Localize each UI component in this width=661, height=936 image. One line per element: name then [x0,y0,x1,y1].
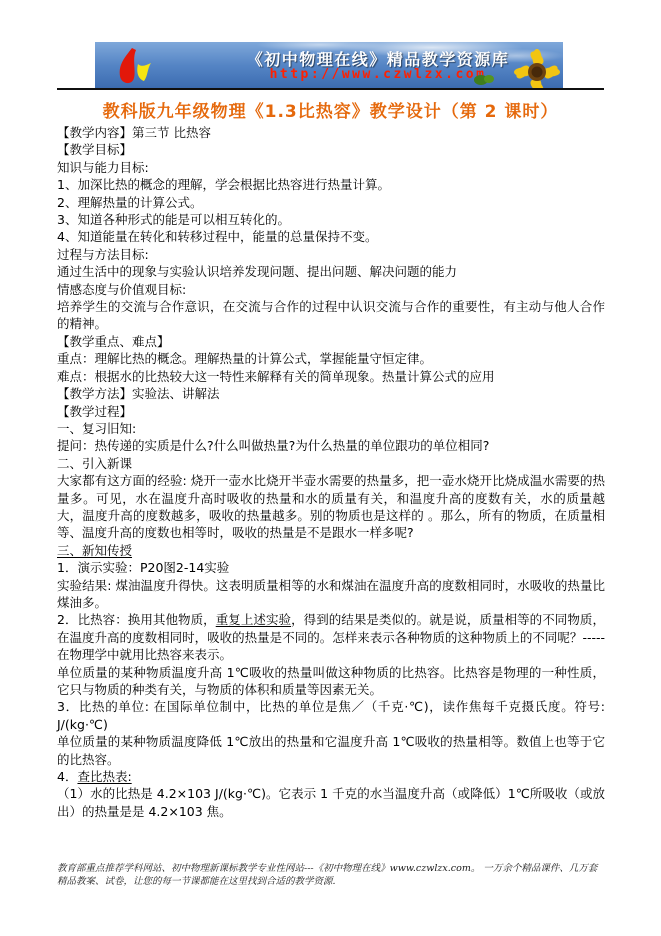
text-run: 3．比热的单位: 在国际单位制中，比热的单位是焦／（千克·℃)，读作焦每千克摄氏… [57,699,605,731]
text-run: 过程与方法目标: [57,247,149,262]
text-run: 1、加深比热的概念的理解，学会根据比热容进行热量计算。 [57,177,390,192]
text-run: 【教学重点、难点】 [57,334,170,349]
paragraph: （1）水的比热是 4.2×103 J/(kg·℃)。它表示 1 千克的水当温度升… [57,785,605,820]
paragraph: 三、新知传授 [57,542,605,559]
text-run: 培养学生的交流与合作意识，在交流与合作的过程中认识交流与合作的重要性，有主动与他… [57,299,605,331]
paragraph: 单位质量的某种物质温度降低 1℃放出的热量和它温度升高 1℃吸收的热量相等。数值… [57,733,605,768]
text-run: 二、引入新课 [57,456,132,471]
paragraph: 大家都有这方面的经验: 烧开一壶水比烧开半壶水需要的热量多，把一壶水烧开比烧成温… [57,472,605,542]
horizontal-rule [57,88,604,90]
text-run: 【教学内容】第三节 比热容 [57,125,211,140]
paragraph: 情感态度与价值观目标: [57,281,605,298]
text-run: 【教学方法】实验法、讲解法 [57,386,220,401]
text-run: 单位质量的某种物质温度降低 1℃放出的热量和它温度升高 1℃吸收的热量相等。数值… [57,734,605,766]
paragraph: 【教学目标】 [57,141,605,158]
paragraph: 一、复习旧知: [57,420,605,437]
text-run: 3、知道各种形式的能是可以相互转化的。 [57,212,290,227]
paragraph: 知识与能力目标: [57,159,605,176]
paragraph: 4、知道能量在转化和转移过程中，能量的总量保持不变。 [57,228,605,245]
paragraph: 重点：理解比热的概念。理解热量的计算公式，掌握能量守恒定律。 [57,350,605,367]
text-run: 提问：热传递的实质是什么?什么叫做热量?为什么热量的单位跟功的单位相同? [57,438,489,453]
site-logo-flame-icon [109,46,153,88]
paragraph: 2、理解热量的计算公式。 [57,194,605,211]
paragraph: 【教学过程】 [57,403,605,420]
document-body: 【教学内容】第三节 比热容【教学目标】知识与能力目标:1、加深比热的概念的理解，… [57,124,605,820]
document-page: 《初中物理在线》精品教学资源库 http://www.czwlzx.com [0,0,661,936]
paragraph: 4．查比热表: [57,768,605,785]
text-run: 知识与能力目标: [57,160,149,175]
text-run: 一、复习旧知: [57,421,136,436]
sunflower-icon [499,46,563,88]
paragraph: 【教学内容】第三节 比热容 [57,124,605,141]
paragraph: 【教学重点、难点】 [57,333,605,350]
paragraph: 2．比热容：换用其他物质，重复上述实验，得到的结果是类似的。就是说，质量相等的不… [57,611,605,663]
paragraph: 通过生活中的现象与实验认识培养发现问题、提出问题、解决问题的能力 [57,263,605,280]
paragraph: 过程与方法目标: [57,246,605,263]
paragraph: 3、知道各种形式的能是可以相互转化的。 [57,211,605,228]
paragraph: 提问：热传递的实质是什么?什么叫做热量?为什么热量的单位跟功的单位相同? [57,437,605,454]
site-banner: 《初中物理在线》精品教学资源库 http://www.czwlzx.com [95,42,563,88]
text-run: 单位质量的某种物质温度升高 1℃吸收的热量叫做这种物质的比热容。比热容是物理的一… [57,665,605,697]
underlined-text: 重复上述实验 [216,612,291,627]
text-run: 大家都有这方面的经验: 烧开一壶水比烧开半壶水需要的热量多，把一壶水烧开比烧成温… [57,473,605,540]
paragraph: 培养学生的交流与合作意识，在交流与合作的过程中认识交流与合作的重要性，有主动与他… [57,298,605,333]
paragraph: 难点：根据水的比热较大这一特性来解释有关的简单现象。热量计算公式的应用 [57,368,605,385]
text-run: 重点：理解比热的概念。理解热量的计算公式，掌握能量守恒定律。 [57,351,432,366]
text-run: （1）水的比热是 4.2×103 J/(kg·℃)。它表示 1 千克的水当温度升… [57,786,605,818]
leaf-icon [473,70,495,88]
paragraph: 1、加深比热的概念的理解，学会根据比热容进行热量计算。 [57,176,605,193]
text-run: 情感态度与价值观目标: [57,282,186,297]
text-run: 实验结果: 煤油温度升得快。这表明质量相等的水和煤油在温度升高的度数相同时，水吸… [57,578,605,610]
paragraph: 二、引入新课 [57,455,605,472]
paragraph: 【教学方法】实验法、讲解法 [57,385,605,402]
paragraph: 3．比热的单位: 在国际单位制中，比热的单位是焦／（千克·℃)，读作焦每千克摄氏… [57,698,605,733]
underlined-text: 三、新知传授 [57,543,132,558]
text-run: 【教学过程】 [57,404,132,419]
text-run: 难点：根据水的比热较大这一特性来解释有关的简单现象。热量计算公式的应用 [57,369,495,384]
paragraph: 单位质量的某种物质温度升高 1℃吸收的热量叫做这种物质的比热容。比热容是物理的一… [57,664,605,699]
text-run: 通过生活中的现象与实验认识培养发现问题、提出问题、解决问题的能力 [57,264,457,279]
text-run: 【教学目标】 [57,142,132,157]
text-run: 1．演示实验：P20图2-14实验 [57,560,229,575]
text-run: 4、知道能量在转化和转移过程中，能量的总量保持不变。 [57,229,377,244]
paragraph: 1．演示实验：P20图2-14实验 [57,559,605,576]
text-run: 2．比热容：换用其他物质， [57,612,216,627]
text-run: 4． [57,769,77,784]
text-run: 2、理解热量的计算公式。 [57,195,202,210]
paragraph: 实验结果: 煤油温度升得快。这表明质量相等的水和煤油在温度升高的度数相同时，水吸… [57,577,605,612]
page-title: 教科版九年级物理《1.3比热容》教学设计（第 2 课时） [0,97,661,122]
underlined-text: 查比热表: [77,769,131,784]
footer-text: 教育部重点推荐学科网站、初中物理新课标教学专业性网站---《初中物理在线》www… [57,862,605,888]
